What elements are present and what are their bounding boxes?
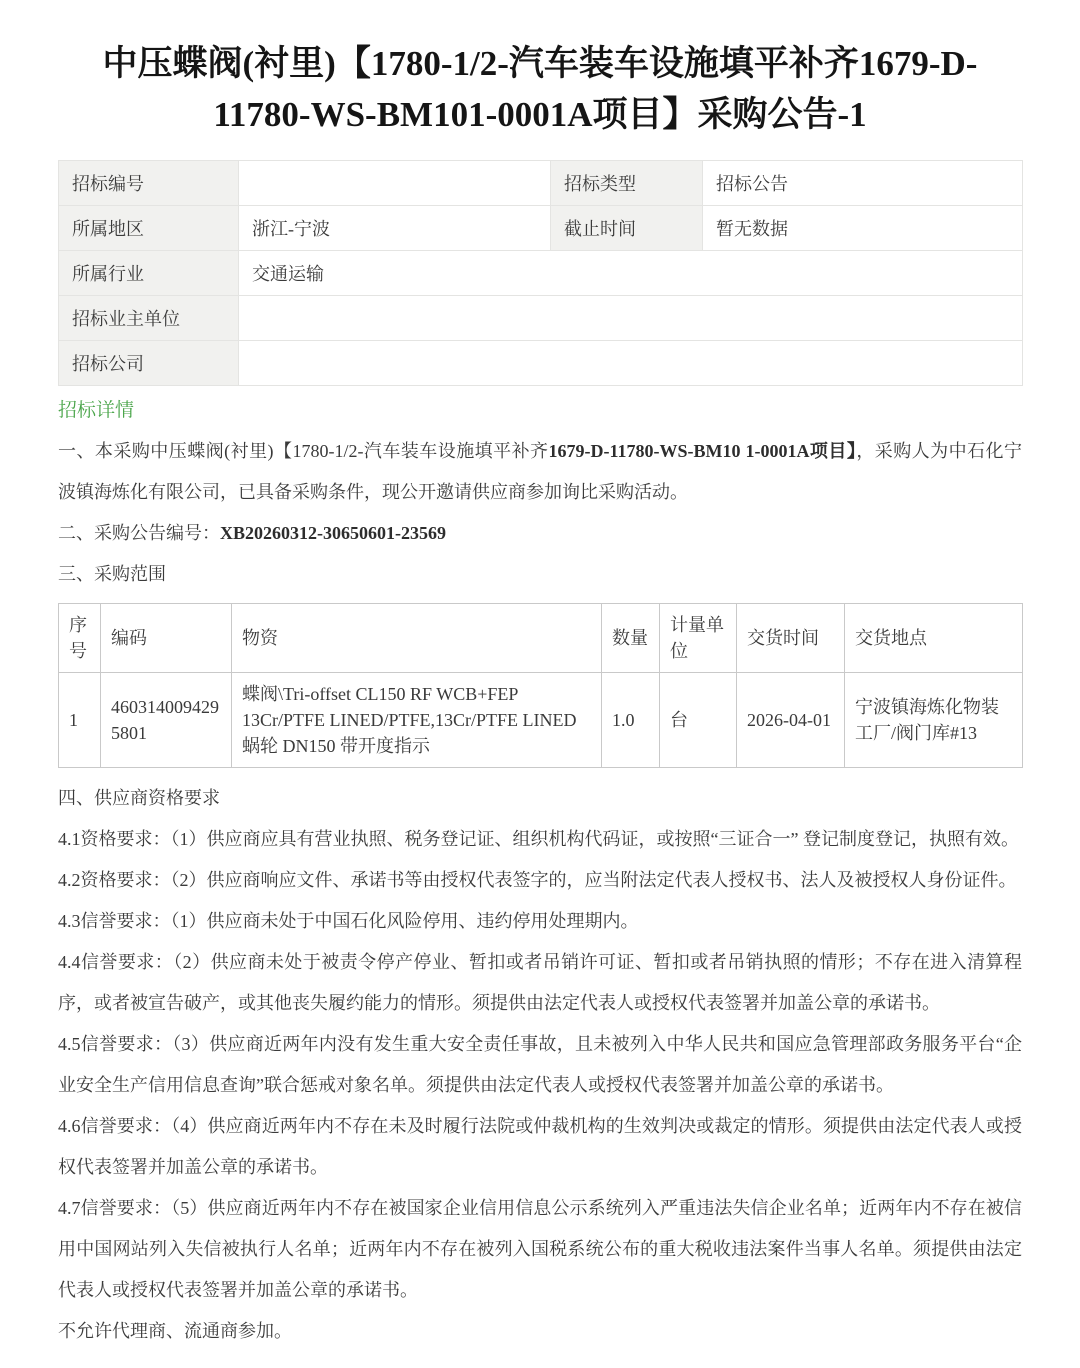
info-value-region: 浙江-宁波 — [239, 206, 551, 251]
requirement-4-7: 4.7信誉要求：（5）供应商近两年内不存在被国家企业信用信息公示系统列入严重违法… — [58, 1188, 1022, 1311]
paragraph-scope-heading: 三、采购范围 — [58, 554, 1022, 595]
info-value-industry: 交通运输 — [239, 251, 1023, 296]
col-header-delivery-place: 交货地点 — [845, 604, 1023, 673]
table-header-row: 序号 编码 物资 数量 计量单位 交货时间 交货地点 — [59, 604, 1023, 673]
cell-material: 蝶阀\Tri-offset CL150 RF WCB+FEP 13Cr/PTFE… — [232, 673, 602, 768]
requirement-4-3: 4.3信誉要求：（1）供应商未处于中国石化风险停用、违约停用处理期内。 — [58, 901, 1022, 942]
table-row: 招标业主单位 — [59, 296, 1023, 341]
info-label-region: 所属地区 — [59, 206, 239, 251]
info-label-deadline: 截止时间 — [551, 206, 703, 251]
paragraph-scope: 一、本采购中压蝶阀(衬里)【1780-1/2-汽车装车设施填平补齐1679-D-… — [58, 431, 1022, 513]
cell-seq: 1 — [59, 673, 101, 768]
info-label-bid-type: 招标类型 — [551, 161, 703, 206]
table-row: 1 4603140094295801 蝶阀\Tri-offset CL150 R… — [59, 673, 1023, 768]
announcement-number-value: XB20260312-30650601-23569 — [220, 523, 446, 543]
table-row: 所属地区 浙江-宁波 截止时间 暂无数据 — [59, 206, 1023, 251]
scope-project-number: 1679-D-11780-WS-BM10 1-0001A项目】 — [549, 441, 857, 461]
paragraph-supplier-requirements-heading: 四、供应商资格要求 — [58, 778, 1022, 819]
requirement-4-5: 4.5信誉要求：（3）供应商近两年内没有发生重大安全责任事故，且未被列入中华人民… — [58, 1024, 1022, 1106]
col-header-seq: 序号 — [59, 604, 101, 673]
announcement-number-label: 二、采购公告编号： — [58, 523, 220, 543]
info-value-deadline: 暂无数据 — [703, 206, 1023, 251]
procurement-announcement-page: 中压蝶阀(衬里)【1780-1/2-汽车装车设施填平补齐1679-D-11780… — [0, 0, 1080, 1368]
page-title: 中压蝶阀(衬里)【1780-1/2-汽车装车设施填平补齐1679-D-11780… — [58, 38, 1022, 140]
bid-detail-heading: 招标详情 — [58, 390, 1022, 431]
requirement-4-4: 4.4信誉要求：（2）供应商未处于被责令停产停业、暂扣或者吊销许可证、暂扣或者吊… — [58, 942, 1022, 1024]
col-header-qty: 数量 — [602, 604, 660, 673]
info-value-bid-type: 招标公告 — [703, 161, 1023, 206]
info-label-bid-company: 招标公司 — [59, 341, 239, 386]
col-header-material: 物资 — [232, 604, 602, 673]
requirement-4-2: 4.2资格要求：（2）供应商响应文件、承诺书等由授权代表签字的，应当附法定代表人… — [58, 860, 1022, 901]
info-label-bid-number: 招标编号 — [59, 161, 239, 206]
cell-qty: 1.0 — [602, 673, 660, 768]
cell-delivery-date: 2026-04-01 — [737, 673, 845, 768]
procurement-items-table: 序号 编码 物资 数量 计量单位 交货时间 交货地点 1 46031400942… — [58, 603, 1023, 768]
col-header-code: 编码 — [101, 604, 232, 673]
table-row: 招标公司 — [59, 341, 1023, 386]
info-label-owner-unit: 招标业主单位 — [59, 296, 239, 341]
col-header-unit: 计量单位 — [660, 604, 737, 673]
cell-code: 4603140094295801 — [101, 673, 232, 768]
info-label-industry: 所属行业 — [59, 251, 239, 296]
cell-delivery-place: 宁波镇海炼化物装工厂/阀门库#13 — [845, 673, 1023, 768]
info-value-bid-company — [239, 341, 1023, 386]
bid-info-table: 招标编号 招标类型 招标公告 所属地区 浙江-宁波 截止时间 暂无数据 所属行业… — [58, 160, 1023, 386]
info-value-bid-number — [239, 161, 551, 206]
table-row: 所属行业 交通运输 — [59, 251, 1023, 296]
cell-unit: 台 — [660, 673, 737, 768]
table-row: 招标编号 招标类型 招标公告 — [59, 161, 1023, 206]
requirement-4-6: 4.6信誉要求：（4）供应商近两年内不存在未及时履行法院或仲裁机构的生效判决或裁… — [58, 1106, 1022, 1188]
paragraph-announcement-number: 二、采购公告编号：XB20260312-30650601-23569 — [58, 513, 1022, 554]
col-header-delivery-date: 交货时间 — [737, 604, 845, 673]
closing-note: 不允许代理商、流通商参加。 — [58, 1311, 1022, 1352]
info-value-owner-unit — [239, 296, 1023, 341]
scope-text-pre: 一、本采购中压蝶阀(衬里)【1780-1/2-汽车装车设施填平补齐 — [58, 441, 549, 461]
requirement-4-1: 4.1资格要求：（1）供应商应具有营业执照、税务登记证、组织机构代码证，或按照“… — [58, 819, 1022, 860]
